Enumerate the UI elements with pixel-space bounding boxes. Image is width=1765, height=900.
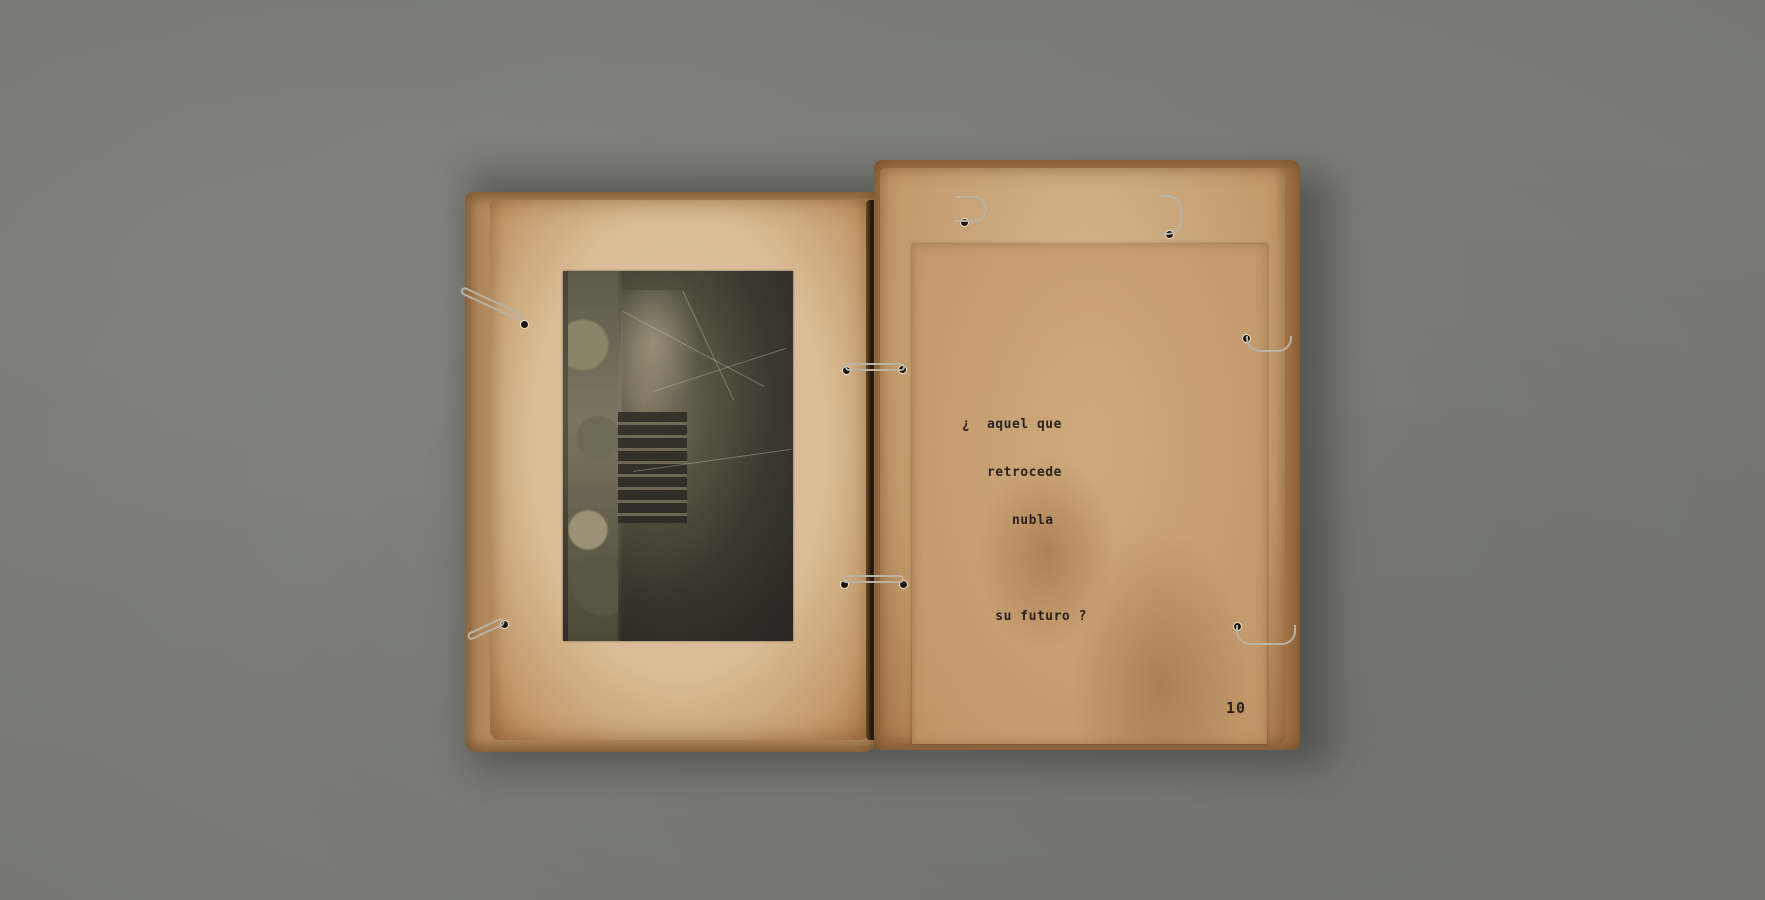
photo-stone-wall xyxy=(568,271,619,641)
binding-ring-icon xyxy=(1236,625,1296,645)
poem-line-3: nubla xyxy=(962,513,1087,529)
page-number: 10 xyxy=(1226,699,1246,717)
binding-ring-icon xyxy=(1160,195,1182,235)
binding-ring-icon xyxy=(955,196,987,222)
photo-light-area xyxy=(621,290,702,420)
typewritten-poem: ¿ aquel que retrocede nubla su futuro ? xyxy=(962,385,1087,657)
poem-line-4 xyxy=(962,561,1087,577)
binding-hole xyxy=(520,320,529,329)
poem-line-5: su futuro ? xyxy=(962,609,1087,625)
staircase-photo xyxy=(563,271,793,641)
poem-line-2: retrocede xyxy=(962,465,1087,481)
binding-ring-icon xyxy=(842,575,904,583)
scene: ¿ aquel que retrocede nubla su futuro ? … xyxy=(0,0,1765,900)
binding-ring-icon xyxy=(845,363,905,371)
binding-ring-icon xyxy=(1246,336,1292,352)
poem-line-1: ¿ aquel que xyxy=(962,417,1087,433)
